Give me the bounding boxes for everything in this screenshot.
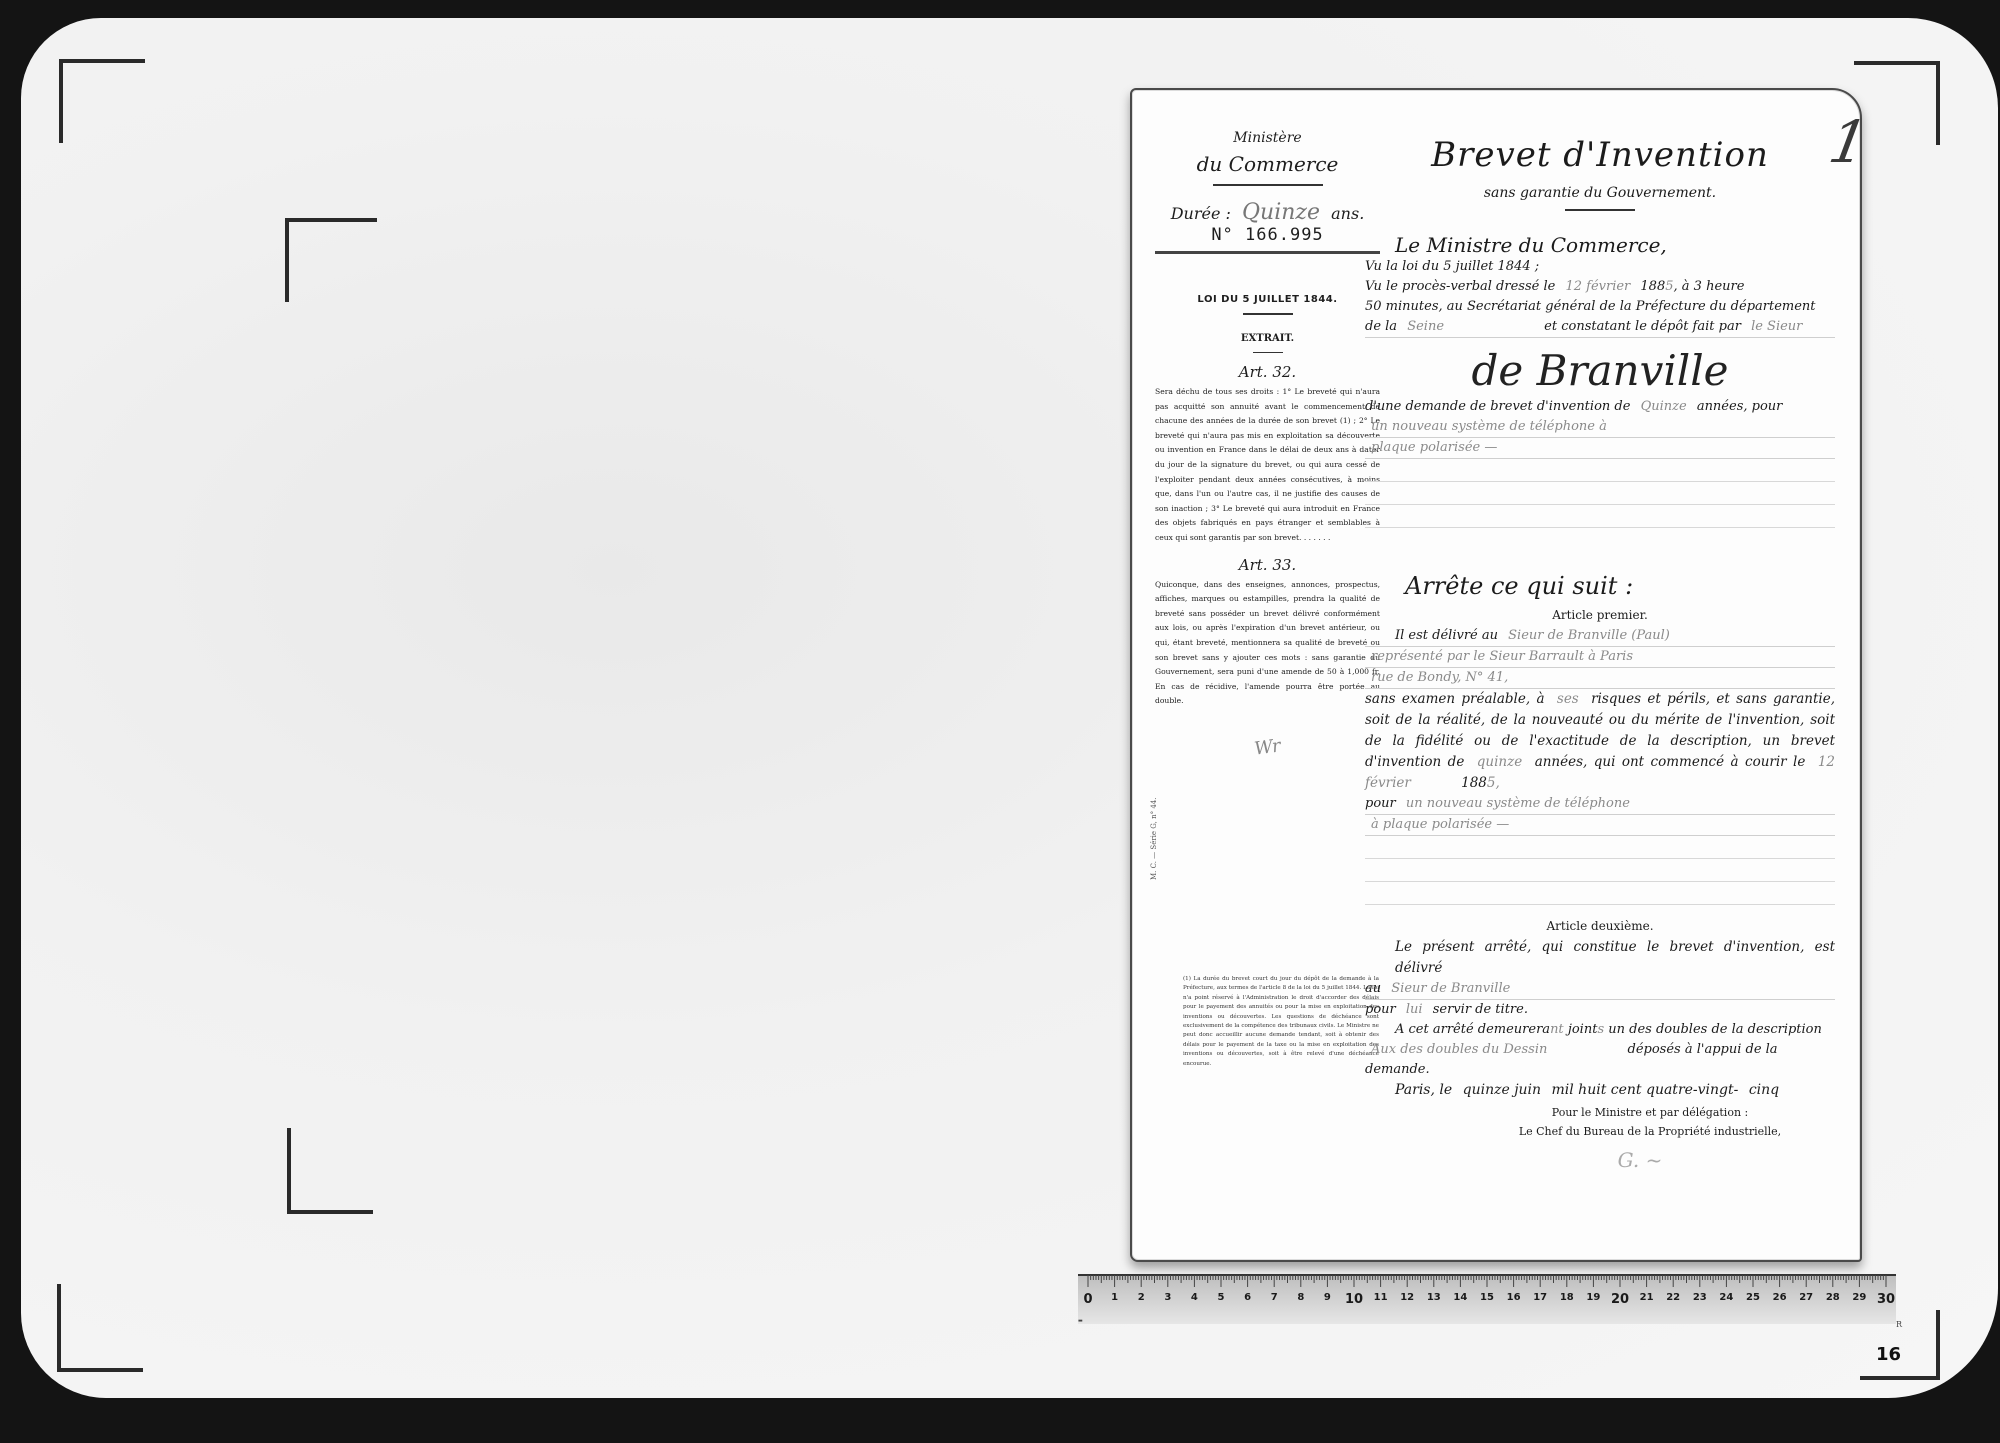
document-subtitle: sans garantie du Gouvernement.: [1365, 185, 1835, 201]
printed-text: mil huit cent quatre-vingt-: [1552, 1082, 1739, 1098]
handwritten-text: quinze: [1471, 754, 1528, 770]
duration-label: Durée :: [1171, 204, 1231, 223]
document-main-column: Brevet d'Invention sans garantie du Gouv…: [1365, 135, 1835, 1172]
ruler-label: 13: [1427, 1292, 1441, 1303]
printed-text: joint: [1568, 1022, 1598, 1037]
handwritten-text: s: [1597, 1022, 1604, 1037]
ruler-label: 30: [1877, 1292, 1895, 1307]
ruler-label: 20: [1611, 1292, 1629, 1307]
handwritten-text: nt: [1550, 1022, 1564, 1037]
handwritten-year: cinq: [1743, 1082, 1785, 1098]
crop-mark-inner-bottom-left: [287, 1128, 373, 1214]
ministry-line2: du Commerce: [1155, 152, 1380, 176]
ruler-label: 23: [1693, 1292, 1707, 1303]
ruler-label: 18: [1560, 1292, 1574, 1303]
extract-label: EXTRAIT.: [1155, 333, 1380, 344]
printed-text: années, pour: [1697, 399, 1783, 414]
handwritten-date: 12 février: [1559, 279, 1636, 294]
article-1-body: sans examen préalable, à ses risques et …: [1365, 689, 1835, 794]
printed-text: déposés à l'appui de la: [1558, 1042, 1778, 1057]
article-1-line: rue de Bondy, N° 41,: [1365, 668, 1835, 689]
handwritten-text: ses: [1551, 691, 1585, 707]
side-mark: R: [1896, 1320, 1902, 1329]
demand-line: d'une demande de brevet d'invention de Q…: [1365, 397, 1835, 417]
printed-text: de la: [1365, 319, 1397, 334]
article-2-line: A cet arrêté demeurerant joints un des d…: [1365, 1020, 1835, 1040]
printed-text: Paris, le: [1395, 1082, 1452, 1098]
handwritten-representative: représenté par le Sieur Barrault à Paris: [1365, 649, 1639, 664]
crop-mark-inner-top-left: [285, 218, 377, 302]
invention-line: un nouveau système de téléphone à: [1365, 417, 1835, 438]
handwritten-text: lui: [1400, 1002, 1429, 1017]
ruler-maker-mark: ▬: [1078, 1318, 1083, 1324]
ruler-label: 16: [1507, 1292, 1521, 1303]
secretariat-line: 50 minutes, au Secrétariat général de la…: [1365, 297, 1835, 317]
ruler-ticks: [1078, 1274, 1896, 1288]
arrete-heading: Arrête ce qui suit :: [1405, 572, 1835, 600]
handwritten-invention: un nouveau système de téléphone à: [1365, 419, 1613, 434]
law-reference-line: Vu la loi du 5 juillet 1844 ;: [1365, 257, 1835, 277]
printed-text: au: [1365, 981, 1381, 996]
handwritten-date: quinze juin: [1457, 1082, 1547, 1098]
ruler-label: 29: [1852, 1292, 1866, 1303]
divider: [1155, 251, 1380, 254]
handwritten-title: le Sieur: [1745, 319, 1808, 334]
blank-line: [1365, 859, 1835, 882]
article-2-line: Le présent arrêté, qui constitue le brev…: [1365, 937, 1835, 979]
measurement-ruler: 0123456789101112131415161718192021222324…: [1078, 1274, 1896, 1324]
divider-short: [1243, 313, 1293, 315]
ruler-label: 21: [1640, 1292, 1654, 1303]
document-title: Brevet d'Invention: [1365, 135, 1835, 175]
bureau-chief-line: Le Chef du Bureau de la Propriété indust…: [1365, 1125, 1835, 1138]
printed-text: 188: [1640, 279, 1665, 294]
ruler-label: 15: [1480, 1292, 1494, 1303]
ruler-label: 22: [1666, 1292, 1680, 1303]
handwritten-year-digit: 5: [1665, 279, 1673, 294]
handwritten-text: 5,: [1487, 775, 1500, 791]
ornament-divider: [1565, 209, 1635, 211]
blank-line: [1365, 482, 1835, 505]
ruler-label: 7: [1271, 1292, 1278, 1303]
ruler-label: 10: [1345, 1292, 1363, 1307]
invention-line: plaque polarisée —: [1365, 438, 1835, 459]
document-left-column: Ministère du Commerce Durée : Quinze ans…: [1155, 130, 1380, 758]
applicant-name: de Branville: [1365, 346, 1835, 395]
ruler-label: 25: [1746, 1292, 1760, 1303]
ruler-label: 3: [1164, 1292, 1171, 1303]
printed-text: et constatant le dépôt fait par: [1454, 319, 1741, 334]
ruler-label: 2: [1138, 1292, 1145, 1303]
article-2-title: Article deuxième.: [1365, 919, 1835, 933]
printed-text: 50 minutes, au Secrétariat général de la…: [1365, 299, 1816, 314]
handwritten-invention: à plaque polarisée —: [1365, 817, 1515, 832]
printed-text: Vu la loi du 5 juillet 1844 ;: [1365, 259, 1539, 274]
ruler-label: 19: [1586, 1292, 1600, 1303]
ruler-label: 28: [1826, 1292, 1840, 1303]
ruler-label: 9: [1324, 1292, 1331, 1303]
ruler-label: 27: [1799, 1292, 1813, 1303]
article-1-line: représenté par le Sieur Barrault à Paris: [1365, 647, 1835, 668]
minister-heading: Le Ministre du Commerce,: [1365, 233, 1835, 257]
article-2-line: pour lui servir de titre.: [1365, 1000, 1835, 1020]
article-33-body: Quiconque, dans des enseignes, annonces,…: [1155, 578, 1380, 709]
printed-text: pour: [1365, 796, 1396, 811]
form-code: M. C. — Série G, n° 44.: [1150, 798, 1158, 880]
department-line: de la Seine et constatant le dépôt fait …: [1365, 317, 1835, 338]
ruler-label: 1: [1111, 1292, 1118, 1303]
ruler-label: 8: [1297, 1292, 1304, 1303]
proces-verbal-line: Vu le procès-verbal dressé le 12 février…: [1365, 277, 1835, 297]
delegation-line: Pour le Ministre et par délégation :: [1365, 1106, 1835, 1119]
article-2-line: demande.: [1365, 1060, 1835, 1080]
date-line: Paris, le quinze juin mil huit cent quat…: [1365, 1080, 1835, 1100]
duration-line: Durée : Quinze ans.: [1155, 200, 1380, 225]
ruler-label: 0: [1083, 1292, 1092, 1307]
handwritten-duration: Quinze: [1635, 399, 1693, 414]
ruler-label: 24: [1719, 1292, 1733, 1303]
printed-text: servir de titre.: [1433, 1002, 1528, 1017]
printed-text: pour: [1365, 1002, 1396, 1017]
article-1-purpose: à plaque polarisée —: [1365, 815, 1835, 836]
printed-text: d'une demande de brevet d'invention de: [1365, 399, 1630, 414]
crop-mark-outer-top-left: [59, 59, 145, 143]
article-33-heading: Art. 33.: [1155, 556, 1380, 574]
patent-number: N° 166.995: [1155, 225, 1380, 245]
handwritten-beneficiary: Sieur de Branville: [1385, 981, 1516, 996]
article-32-heading: Art. 32.: [1155, 363, 1380, 381]
handwritten-beneficiary: Sieur de Branville (Paul): [1502, 628, 1676, 643]
ruler-label: 11: [1374, 1292, 1388, 1303]
blank-line: [1365, 505, 1835, 528]
law-title: LOI DU 5 JUILLET 1844.: [1155, 294, 1380, 305]
ruler-label: 6: [1244, 1292, 1251, 1303]
handwritten-text: Aux des doubles du Dessin: [1365, 1042, 1553, 1057]
article-2-line: Aux des doubles du Dessin déposés à l'ap…: [1365, 1040, 1835, 1060]
crop-mark-outer-bottom-left: [57, 1284, 143, 1372]
article-1-title: Article premier.: [1365, 608, 1835, 622]
blank-line: [1365, 882, 1835, 905]
duration-unit: ans.: [1331, 204, 1364, 223]
ruler-label: 26: [1773, 1292, 1787, 1303]
handwritten-department: Seine: [1401, 319, 1450, 334]
handwritten-invention: plaque polarisée —: [1365, 440, 1503, 455]
ministry-line1: Ministère: [1155, 130, 1380, 146]
ruler-label: 17: [1533, 1292, 1547, 1303]
handwritten-address: rue de Bondy, N° 41,: [1365, 670, 1514, 685]
printed-text: 188: [1421, 775, 1487, 791]
article-1-purpose: pour un nouveau système de téléphone: [1365, 794, 1835, 815]
ruler-label: 5: [1218, 1292, 1225, 1303]
handwritten-invention: un nouveau système de téléphone: [1400, 796, 1636, 811]
article-2-line: au Sieur de Branville: [1365, 979, 1835, 1000]
printed-text: Vu le procès-verbal dressé le: [1365, 279, 1555, 294]
ruler-label: 4: [1191, 1292, 1198, 1303]
printed-text: sans examen préalable, à: [1365, 691, 1545, 707]
printed-text: , à 3 heure: [1674, 279, 1745, 294]
printed-text: un des doubles de la description: [1608, 1022, 1822, 1037]
printed-text: A cet arrêté demeurera: [1395, 1022, 1550, 1037]
article-1-line: Il est délivré au Sieur de Branville (Pa…: [1365, 626, 1835, 647]
printed-text: années, qui ont commencé à courir le: [1535, 754, 1806, 770]
divider-short: [1253, 352, 1283, 354]
printed-text: Il est délivré au: [1395, 628, 1498, 643]
ruler-label: 12: [1400, 1292, 1414, 1303]
duration-value: Quinze: [1236, 200, 1326, 225]
ornament-divider: [1213, 184, 1323, 186]
article-32-body: Sera déchu de tous ses droits : 1° Le br…: [1155, 385, 1380, 546]
signature: G. ~: [1365, 1148, 1835, 1172]
blank-line: [1365, 459, 1835, 482]
ruler-label: 14: [1453, 1292, 1467, 1303]
sheet-number: 16: [1876, 1344, 1901, 1365]
footnote: (1) La durée du brevet court du jour du …: [1183, 975, 1379, 1069]
blank-line: [1365, 836, 1835, 859]
